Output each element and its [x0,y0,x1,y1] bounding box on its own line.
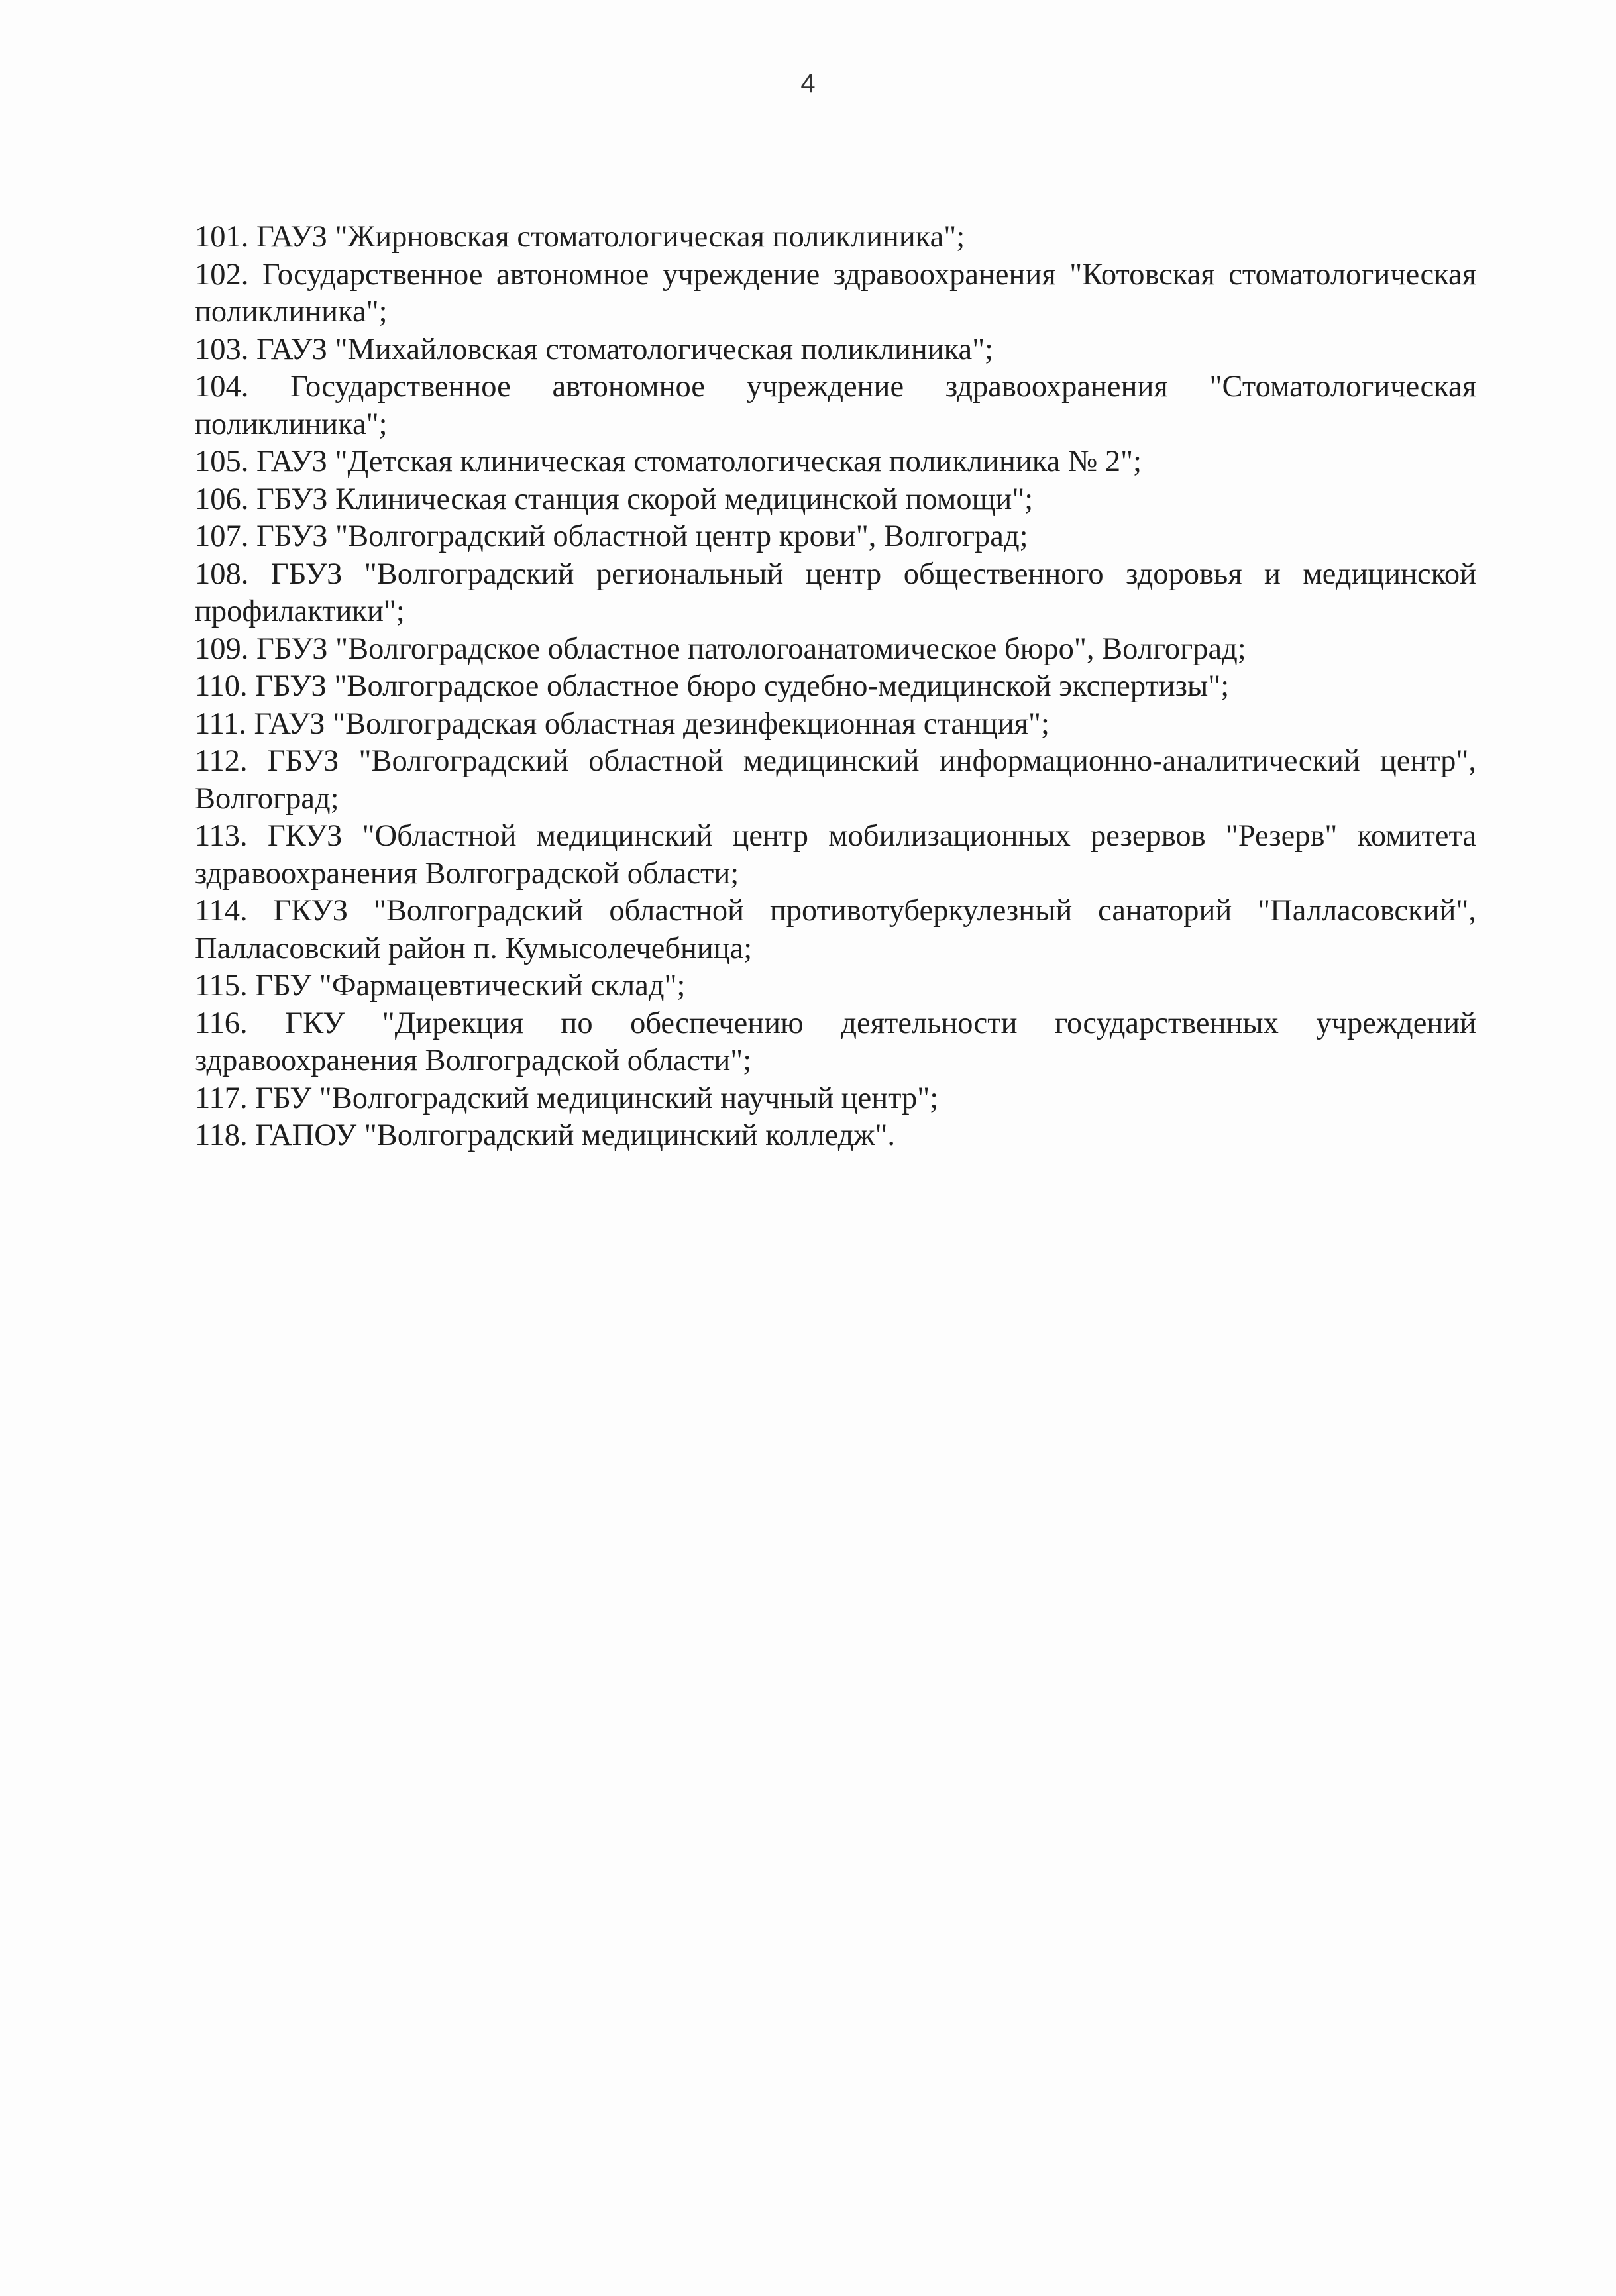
list-item: 117. ГБУ "Волгоградский медицинский науч… [195,1080,1476,1118]
list-item: 105. ГАУЗ "Детская клиническая стоматоло… [195,443,1476,481]
list-item: 113. ГКУЗ "Областной медицинский центр м… [195,818,1476,893]
list-item: 106. ГБУЗ Клиническая станция скорой мед… [195,481,1476,519]
list-item: 115. ГБУ "Фармацевтический склад"; [195,967,1476,1005]
list-item: 102. Государственное автономное учрежден… [195,256,1476,331]
list-item: 103. ГАУЗ "Михайловская стоматологическа… [195,331,1476,369]
list-item: 118. ГАПОУ "Волгоградский медицинский ко… [195,1117,1476,1155]
list-item: 116. ГКУ "Дирекция по обеспечению деятел… [195,1005,1476,1080]
list-item: 104. Государственное автономное учрежден… [195,368,1476,443]
institution-list: 101. ГАУЗ "Жирновская стоматологическая … [195,219,1476,1155]
list-item: 110. ГБУЗ "Волгоградское областное бюро … [195,668,1476,706]
list-item: 114. ГКУЗ "Волгоградский областной проти… [195,893,1476,967]
list-item: 112. ГБУЗ "Волгоградский областной медиц… [195,743,1476,818]
list-item: 109. ГБУЗ "Волгоградское областное патол… [195,631,1476,669]
list-item: 111. ГАУЗ "Волгоградская областная дезин… [195,706,1476,743]
page-number: 4 [0,69,1616,99]
list-item: 108. ГБУЗ "Волгоградский региональный це… [195,556,1476,631]
list-item: 101. ГАУЗ "Жирновская стоматологическая … [195,219,1476,256]
list-item: 107. ГБУЗ "Волгоградский областной центр… [195,518,1476,556]
